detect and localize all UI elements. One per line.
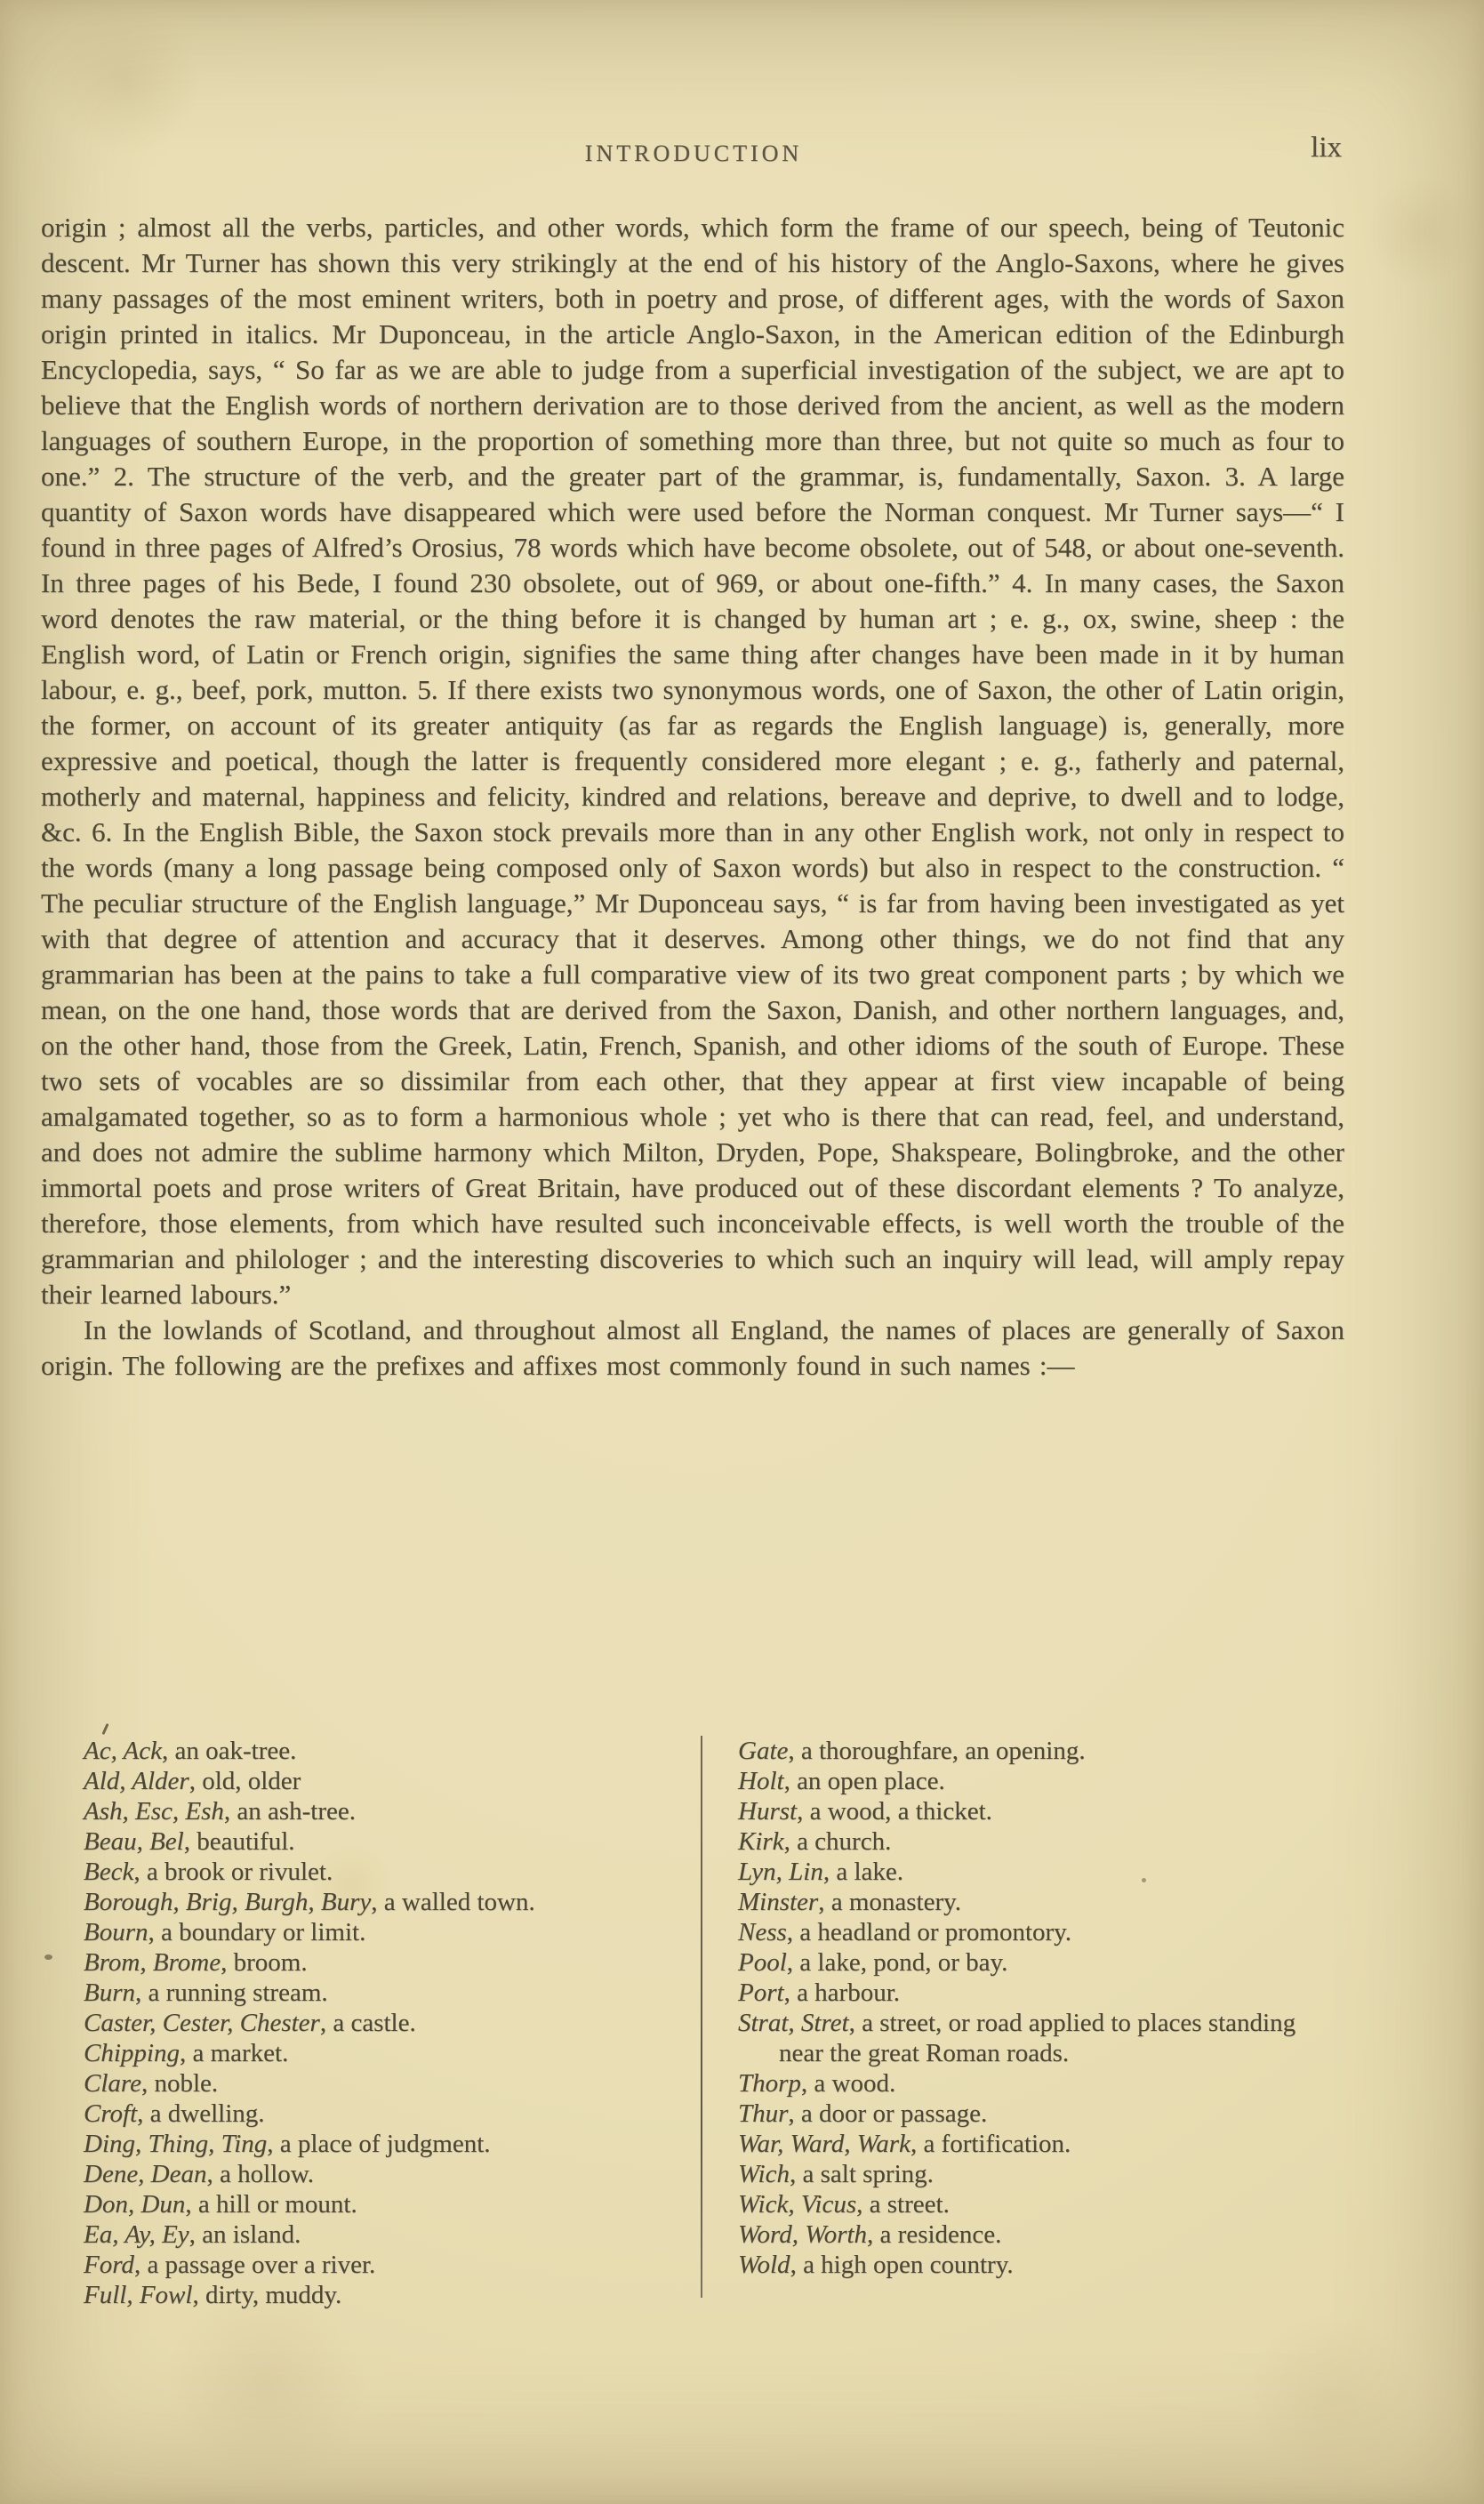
glossary-terms: Thur [738,2099,788,2128]
glossary-terms: Hurst [738,1797,797,1826]
ink-speck [101,1723,108,1735]
glossary-right-column: Gate, a thoroughfare, an opening.Holt, a… [702,1736,1346,2310]
paragraph-continuation: origin ; almost all the verbs, particles… [41,210,1344,1312]
glossary-entry: Thorp, a wood. [738,2068,1346,2099]
glossary-terms: Lyn, Lin [738,1858,823,1886]
glossary-terms: Strat, Stret [738,2009,849,2037]
glossary-terms: Port [738,1978,784,2007]
glossary-terms: Don, Dun [84,2190,185,2219]
glossary-terms: Brom, Brome [84,1948,221,1977]
glossary-entry: Beau, Bel, beautiful. [84,1826,701,1857]
glossary-terms: Wick, Vicus [738,2190,856,2219]
glossary-entry: Full, Fowl, dirty, muddy. [84,2280,701,2310]
glossary-terms: Bourn [84,1918,148,1946]
glossary-entry: Dene, Dean, a hollow. [84,2159,701,2189]
glossary-terms: Ding, Thing, Ting [84,2130,267,2158]
glossary-terms: Minster [738,1888,818,1916]
ink-speck [1142,1878,1146,1882]
glossary-terms: Beck [84,1858,133,1886]
glossary-terms: Borough, Brig, Burgh, Bury [84,1888,371,1916]
glossary-entry: Strat, Stret, a street, or road applied … [738,2008,1346,2068]
glossary-entry: Chipping, a market. [84,2038,701,2068]
glossary-entry: Holt, an open place. [738,1766,1346,1796]
glossary-entry: Bourn, a boundary or limit. [84,1917,701,1947]
glossary-terms: Clare [84,2069,141,2098]
glossary-terms: Caster, Cester, Chester [84,2009,320,2037]
glossary-entry: Hurst, a wood, a thicket. [738,1796,1346,1826]
running-title: INTRODUCTION [43,140,1344,167]
glossary-entry: Ding, Thing, Ting, a place of judgment. [84,2129,701,2159]
glossary-terms: Holt [738,1767,784,1795]
glossary-entry: Ea, Ay, Ey, an island. [84,2219,701,2250]
glossary-terms: Ald, Alder [84,1767,189,1795]
glossary-terms: Kirk [738,1827,784,1856]
glossary-terms: Chipping [84,2039,180,2067]
glossary-terms: Word, Worth [738,2220,867,2249]
glossary-terms: Ness [738,1918,787,1946]
glossary-entry: Ness, a headland or promontory. [738,1917,1346,1947]
glossary-terms: Full, Fowl [84,2281,192,2309]
glossary-entry: Wold, a high open country. [738,2250,1346,2280]
glossary-entry: Port, a harbour. [738,1978,1346,2008]
glossary-terms: Ash, Esc, Esh [84,1797,224,1826]
glossary-terms: Beau, Bel [84,1827,184,1856]
page-number: lix [1311,132,1342,165]
glossary-entry: Ash, Esc, Esh, an ash-tree. [84,1796,701,1826]
glossary-entry: Caster, Cester, Chester, a castle. [84,2008,701,2038]
place-name-glossary: Ac, Ack, an oak-tree.Ald, Alder, old, ol… [84,1736,1346,2310]
ink-speck [44,1954,52,1960]
glossary-terms: Dene, Dean [84,2160,207,2188]
glossary-terms: Ac, Ack [84,1737,162,1765]
glossary-entry: Wick, Vicus, a street. [738,2189,1346,2219]
scanned-book-page: INTRODUCTION lix origin ; almost all the… [0,0,1484,2504]
glossary-entry: Minster, a monastery. [738,1887,1346,1917]
glossary-entry: Lyn, Lin, a lake. [738,1857,1346,1887]
glossary-entry: Thur, a door or passage. [738,2099,1346,2129]
glossary-terms: Wich [738,2160,790,2188]
glossary-entry: Don, Dun, a hill or mount. [84,2189,701,2219]
glossary-terms: Ford [84,2251,134,2279]
paragraph-place-names: In the lowlands of Scotland, and through… [41,1312,1344,1384]
glossary-terms: Ea, Ay, Ey [84,2220,189,2249]
glossary-entry: Word, Worth, a residence. [738,2219,1346,2250]
glossary-terms: Croft [84,2099,137,2128]
glossary-entry: Beck, a brook or rivulet. [84,1857,701,1887]
glossary-entry: Ac, Ack, an oak-tree. [84,1736,701,1766]
glossary-entry: Clare, noble. [84,2068,701,2099]
glossary-terms: Gate [738,1737,788,1765]
glossary-terms: Burn [84,1978,135,2007]
glossary-entry: Kirk, a church. [738,1826,1346,1857]
glossary-entry: Burn, a running stream. [84,1978,701,2008]
glossary-terms: Pool [738,1948,787,1977]
page-body: origin ; almost all the verbs, particles… [41,210,1344,1384]
glossary-entry: Brom, Brome, broom. [84,1947,701,1978]
glossary-entry: Wich, a salt spring. [738,2159,1346,2189]
glossary-entry: War, Ward, Wark, a fortification. [738,2129,1346,2159]
glossary-entry: Borough, Brig, Burgh, Bury, a walled tow… [84,1887,701,1917]
glossary-entry: Ald, Alder, old, older [84,1766,701,1796]
glossary-entry: Croft, a dwelling. [84,2099,701,2129]
glossary-terms: Wold [738,2251,790,2279]
glossary-entry: Gate, a thoroughfare, an opening. [738,1736,1346,1766]
glossary-entry: Ford, a passage over a river. [84,2250,701,2280]
glossary-terms: War, Ward, Wark [738,2130,910,2158]
glossary-left-column: Ac, Ack, an oak-tree.Ald, Alder, old, ol… [84,1736,701,2310]
glossary-terms: Thorp [738,2069,801,2098]
glossary-entry: Pool, a lake, pond, or bay. [738,1947,1346,1978]
